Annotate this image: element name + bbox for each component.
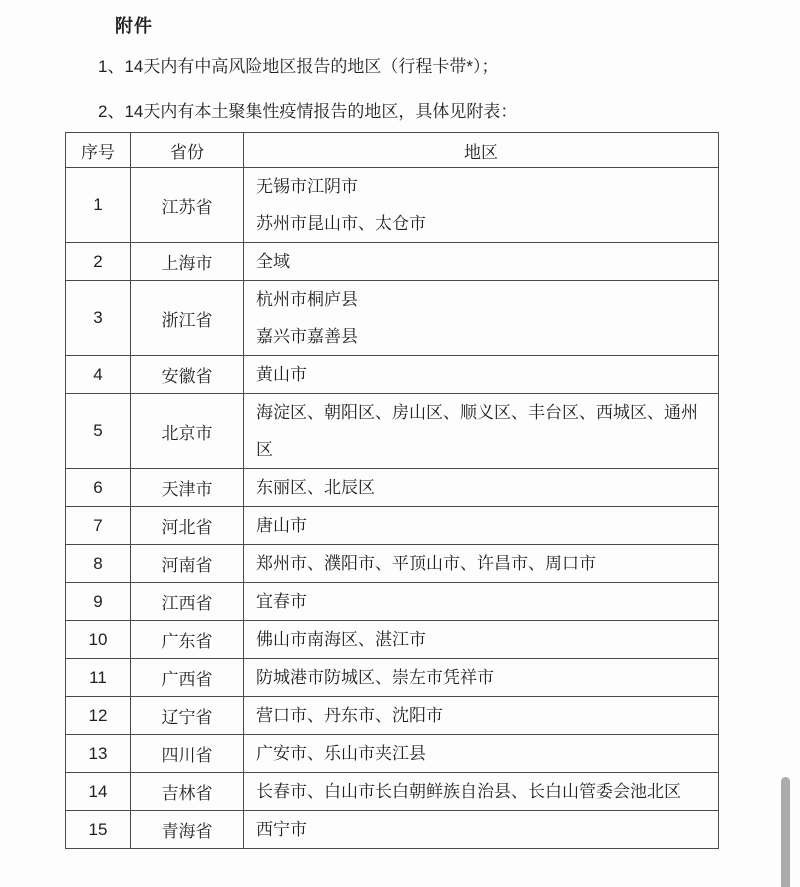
region-cell: 全域 — [244, 243, 719, 281]
region-cell: 长春市、白山市长白朝鲜族自治县、长白山管委会池北区 — [244, 773, 719, 811]
row-number-cell: 4 — [66, 356, 131, 394]
page-title: 附件 — [115, 12, 153, 38]
row-number-cell: 11 — [66, 659, 131, 697]
region-cell: 防城港市防城区、崇左市凭祥市 — [244, 659, 719, 697]
region-cell: 唐山市 — [244, 507, 719, 545]
region-cell: 东丽区、北辰区 — [244, 469, 719, 507]
table-row: 13四川省广安市、乐山市夹江县 — [66, 735, 719, 773]
row-number-cell: 7 — [66, 507, 131, 545]
table-row: 10广东省佛山市南海区、湛江市 — [66, 621, 719, 659]
province-cell: 广西省 — [131, 659, 244, 697]
table-row: 3浙江省杭州市桐庐县嘉兴市嘉善县 — [66, 281, 719, 356]
region-line: 海淀区、朝阳区、房山区、顺义区、丰台区、西城区、通州区 — [256, 394, 706, 468]
province-cell: 河北省 — [131, 507, 244, 545]
row-number-cell: 10 — [66, 621, 131, 659]
region-cell: 营口市、丹东市、沈阳市 — [244, 697, 719, 735]
table-row: 7河北省唐山市 — [66, 507, 719, 545]
province-cell: 北京市 — [131, 394, 244, 469]
table-row: 1江苏省无锡市江阴市苏州市昆山市、太仓市 — [66, 168, 719, 243]
region-cell: 西宁市 — [244, 811, 719, 849]
region-table: 序号 省份 地区 1江苏省无锡市江阴市苏州市昆山市、太仓市2上海市全域3浙江省杭… — [65, 132, 719, 849]
table-row: 6天津市东丽区、北辰区 — [66, 469, 719, 507]
row-number-cell: 14 — [66, 773, 131, 811]
table-row: 2上海市全域 — [66, 243, 719, 281]
row-number-cell: 1 — [66, 168, 131, 243]
province-cell: 安徽省 — [131, 356, 244, 394]
row-number-cell: 8 — [66, 545, 131, 583]
document-page: 附件 1、14天内有中高风险地区报告的地区（行程卡带*）； 2、14天内有本土聚… — [0, 0, 800, 887]
region-cell: 杭州市桐庐县嘉兴市嘉善县 — [244, 281, 719, 356]
table-row: 15青海省西宁市 — [66, 811, 719, 849]
region-line: 苏州市昆山市、太仓市 — [256, 205, 706, 242]
region-line: 黄山市 — [256, 356, 706, 393]
note-line-2: 2、14天内有本土聚集性疫情报告的地区，具体见附表： — [98, 101, 517, 123]
note-line-1: 1、14天内有中高风险地区报告的地区（行程卡带*）； — [98, 56, 498, 78]
region-cell: 郑州市、濮阳市、平顶山市、许昌市、周口市 — [244, 545, 719, 583]
table-row: 9江西省宜春市 — [66, 583, 719, 621]
province-cell: 青海省 — [131, 811, 244, 849]
region-cell: 佛山市南海区、湛江市 — [244, 621, 719, 659]
region-cell: 宜春市 — [244, 583, 719, 621]
region-line: 佛山市南海区、湛江市 — [256, 621, 706, 658]
province-cell: 天津市 — [131, 469, 244, 507]
region-cell: 海淀区、朝阳区、房山区、顺义区、丰台区、西城区、通州区 — [244, 394, 719, 469]
row-number-cell: 15 — [66, 811, 131, 849]
region-line: 嘉兴市嘉善县 — [256, 318, 706, 355]
table-row: 12辽宁省营口市、丹东市、沈阳市 — [66, 697, 719, 735]
region-line: 唐山市 — [256, 507, 706, 544]
table-header-row: 序号 省份 地区 — [66, 133, 719, 168]
region-cell: 无锡市江阴市苏州市昆山市、太仓市 — [244, 168, 719, 243]
table-row: 14吉林省长春市、白山市长白朝鲜族自治县、长白山管委会池北区 — [66, 773, 719, 811]
region-line: 营口市、丹东市、沈阳市 — [256, 697, 706, 734]
column-header-number: 序号 — [66, 133, 131, 168]
province-cell: 四川省 — [131, 735, 244, 773]
table-header: 序号 省份 地区 — [66, 133, 719, 168]
province-cell: 江苏省 — [131, 168, 244, 243]
row-number-cell: 5 — [66, 394, 131, 469]
region-line: 全域 — [256, 243, 706, 280]
province-cell: 辽宁省 — [131, 697, 244, 735]
table-row: 8河南省郑州市、濮阳市、平顶山市、许昌市、周口市 — [66, 545, 719, 583]
province-cell: 河南省 — [131, 545, 244, 583]
region-line: 防城港市防城区、崇左市凭祥市 — [256, 659, 706, 696]
row-number-cell: 3 — [66, 281, 131, 356]
province-cell: 上海市 — [131, 243, 244, 281]
region-line: 西宁市 — [256, 811, 706, 848]
table-row: 4安徽省黄山市 — [66, 356, 719, 394]
column-header-province: 省份 — [131, 133, 244, 168]
region-cell: 广安市、乐山市夹江县 — [244, 735, 719, 773]
row-number-cell: 9 — [66, 583, 131, 621]
row-number-cell: 6 — [66, 469, 131, 507]
region-cell: 黄山市 — [244, 356, 719, 394]
row-number-cell: 13 — [66, 735, 131, 773]
province-cell: 吉林省 — [131, 773, 244, 811]
region-line: 长春市、白山市长白朝鲜族自治县、长白山管委会池北区 — [256, 773, 706, 810]
row-number-cell: 12 — [66, 697, 131, 735]
table-body: 1江苏省无锡市江阴市苏州市昆山市、太仓市2上海市全域3浙江省杭州市桐庐县嘉兴市嘉… — [66, 168, 719, 849]
region-line: 郑州市、濮阳市、平顶山市、许昌市、周口市 — [256, 545, 706, 582]
province-cell: 浙江省 — [131, 281, 244, 356]
table-row: 11广西省防城港市防城区、崇左市凭祥市 — [66, 659, 719, 697]
province-cell: 广东省 — [131, 621, 244, 659]
vertical-scrollbar-thumb[interactable] — [781, 777, 790, 887]
region-line: 广安市、乐山市夹江县 — [256, 735, 706, 772]
province-cell: 江西省 — [131, 583, 244, 621]
region-line: 无锡市江阴市 — [256, 168, 706, 205]
region-line: 宜春市 — [256, 583, 706, 620]
column-header-region: 地区 — [244, 133, 719, 168]
table-row: 5北京市海淀区、朝阳区、房山区、顺义区、丰台区、西城区、通州区 — [66, 394, 719, 469]
row-number-cell: 2 — [66, 243, 131, 281]
region-line: 东丽区、北辰区 — [256, 469, 706, 506]
region-line: 杭州市桐庐县 — [256, 281, 706, 318]
